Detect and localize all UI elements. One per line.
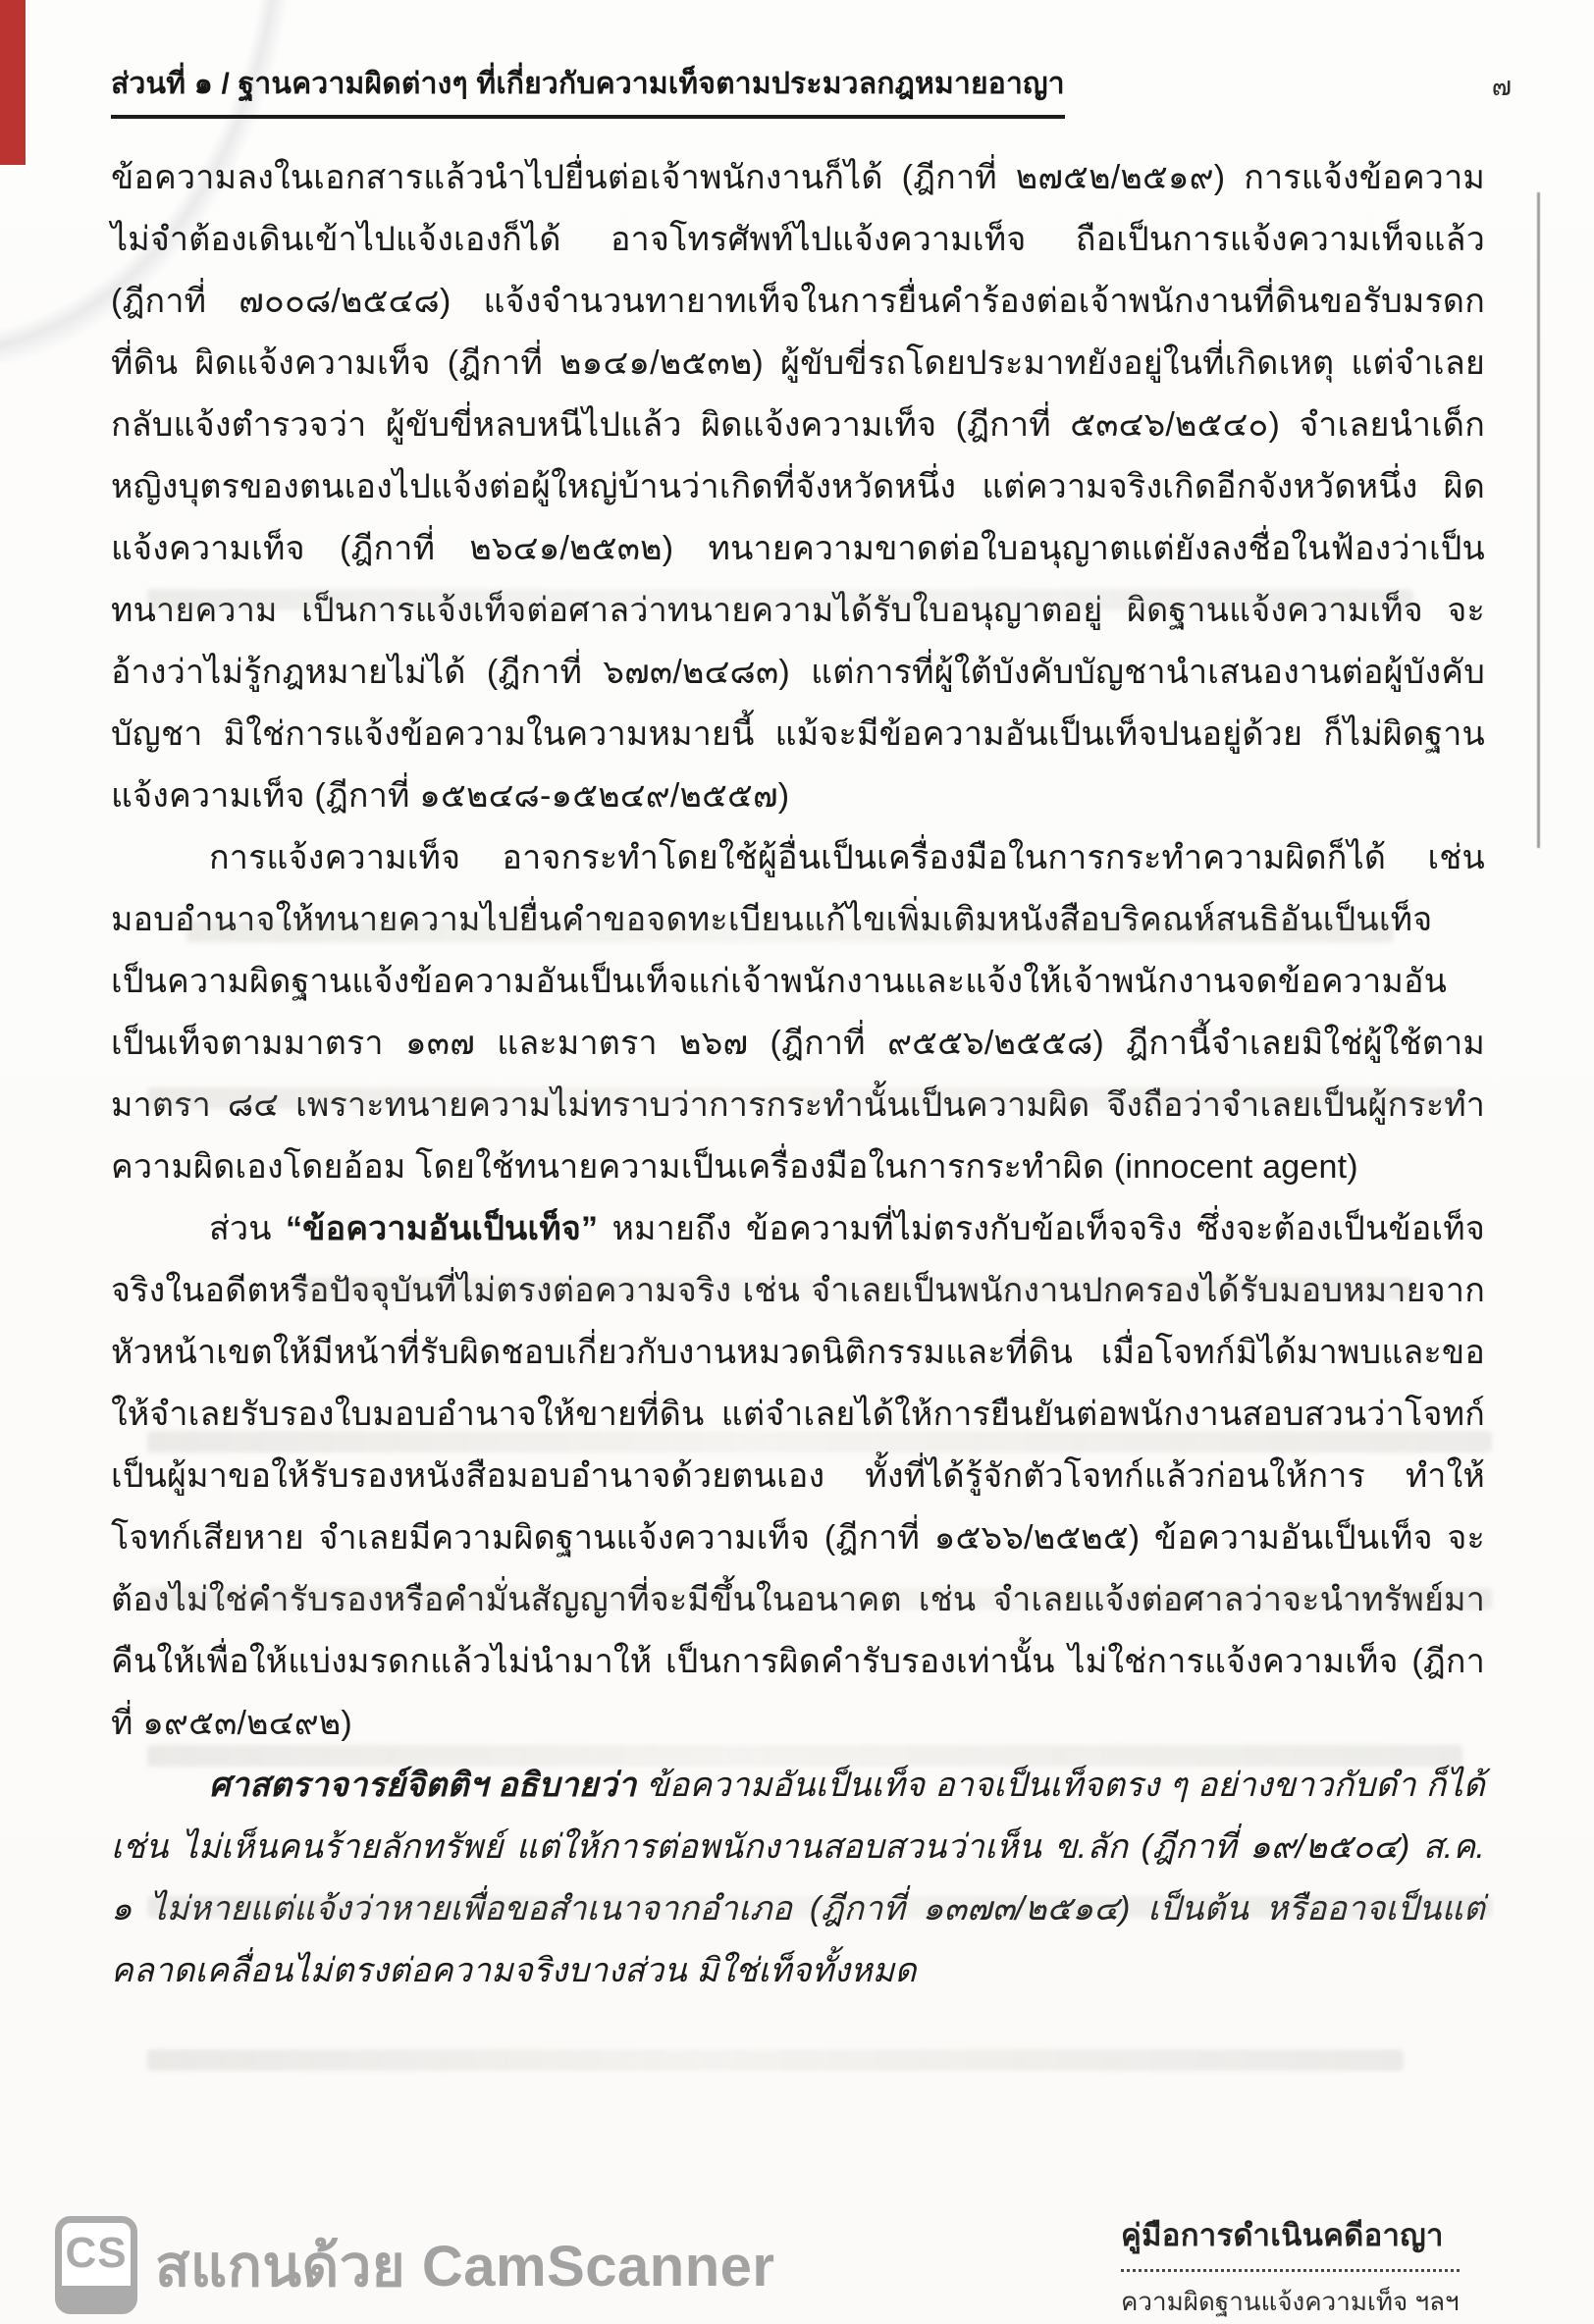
body-paragraph-4: ศาสตราจารย์จิตติฯ อธิบายว่า ข้อความอันเป…	[111, 1755, 1485, 2002]
page-number: ๗	[1492, 61, 1512, 107]
bleed-through-artifact	[294, 1278, 1413, 1299]
camscanner-logo-icon: CS	[55, 2216, 137, 2314]
body-paragraph-2: การแจ้งความเท็จ อาจกระทำโดยใช้ผู้อื่นเป็…	[111, 827, 1485, 1198]
red-scan-artifact	[0, 0, 26, 165]
paragraph-3-defined-term: “ข้อความอันเป็นเท็จ”	[286, 1210, 598, 1247]
document-body: ข้อความลงในเอกสารแล้วนำไปยื่นต่อเจ้าพนัก…	[111, 147, 1485, 2002]
bleed-through-artifact	[147, 2049, 1404, 2071]
bleed-through-artifact	[147, 1745, 1462, 1767]
page-edge-line	[1537, 192, 1540, 848]
section-header-title: ส่วนที่ ๑ / ฐานความผิดต่างๆ ที่เกี่ยวกับ…	[111, 61, 1065, 119]
bleed-through-artifact	[147, 1087, 1462, 1109]
book-subtitle: ความผิดฐานแจ้งความเท็จ ฯลฯ	[1121, 2282, 1460, 2322]
paragraph-3-lead: ส่วน	[209, 1210, 286, 1247]
bleed-through-artifact	[147, 1896, 1492, 1918]
camscanner-watermark: CS สแกนด้วย CamScanner	[55, 2216, 774, 2314]
paragraph-4-lead: ศาสตราจารย์จิตติฯ อธิบายว่า	[209, 1767, 646, 1804]
book-title: คู่มือการดำเนินคดีอาญา	[1121, 2210, 1460, 2272]
bleed-through-artifact	[186, 921, 1394, 942]
book-footer: คู่มือการดำเนินคดีอาญา ความผิดฐานแจ้งควา…	[1121, 2210, 1460, 2322]
scanned-document-page: ส่วนที่ ๑ / ฐานความผิดต่างๆ ที่เกี่ยวกับ…	[0, 0, 1594, 2324]
camscanner-logo-bar	[62, 2286, 131, 2307]
camscanner-logo-letters: CS	[62, 2229, 131, 2278]
bleed-through-artifact	[147, 1588, 1492, 1610]
page-header: ส่วนที่ ๑ / ฐานความผิดต่างๆ ที่เกี่ยวกับ…	[111, 61, 1512, 119]
bleed-through-artifact	[147, 1431, 1492, 1452]
bleed-through-artifact	[147, 589, 1413, 610]
body-paragraph-1: ข้อความลงในเอกสารแล้วนำไปยื่นต่อเจ้าพนัก…	[111, 147, 1485, 827]
camscanner-watermark-text: สแกนด้วย CamScanner	[155, 2220, 774, 2311]
